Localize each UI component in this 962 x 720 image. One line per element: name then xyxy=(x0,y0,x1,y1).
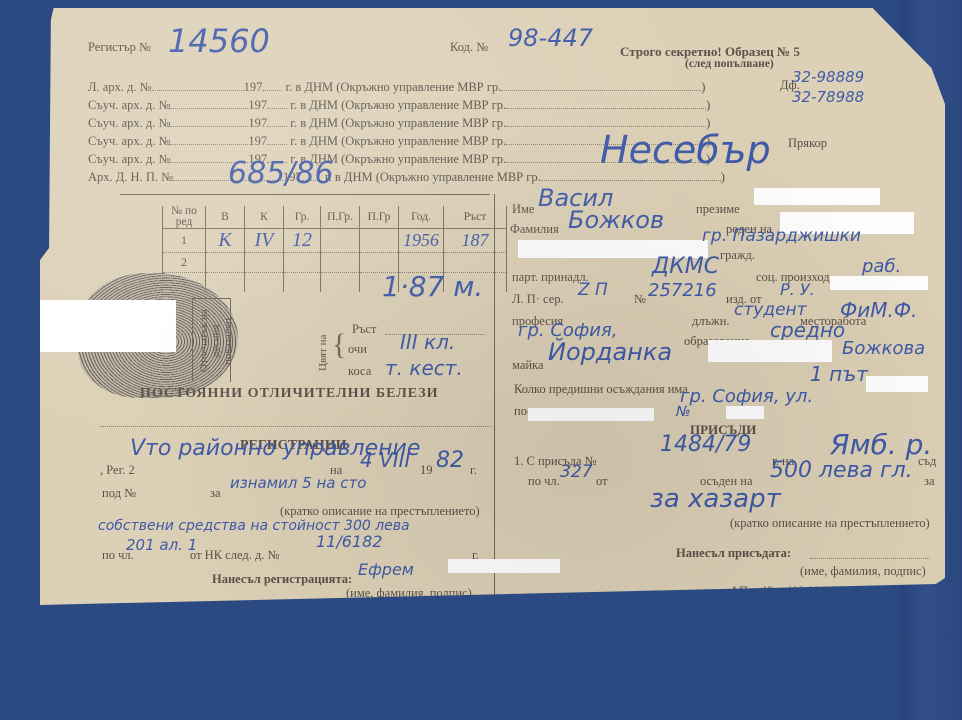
reg-for-value: изнамил 5 на сто xyxy=(230,474,366,492)
df-label: Дф. xyxy=(780,78,800,93)
court-value: Ямб. р. xyxy=(830,428,932,461)
under-label: под № xyxy=(102,486,136,501)
redaction xyxy=(528,408,654,421)
reg-desc-value: собствени средства на стойност 300 лева xyxy=(98,518,410,534)
secret-title: Строго секретно! Образец № 5 xyxy=(620,44,800,60)
city-value: гр. София, xyxy=(518,320,618,341)
city-handwritten: Несебър xyxy=(600,128,771,172)
sentence-sign-label: (име, фамилия, подпис) xyxy=(800,564,926,579)
sentence-number: 1484/79 xyxy=(660,432,751,457)
df-value-1: 32-98889 xyxy=(792,68,864,86)
sentence-label: 1. С присъда № xyxy=(514,454,597,469)
id-no-label: № xyxy=(634,292,646,307)
archive-rows: Л. арх. д. №197 г. в ДНМ (Окръжно управл… xyxy=(88,80,725,188)
article-value: 201 ал. 1 xyxy=(126,536,197,554)
from-label: от xyxy=(596,474,608,489)
fingerprint-box-line xyxy=(192,298,230,299)
footer-right: АП—48—400 000—59/84/16—78 xyxy=(730,584,908,599)
archive-row: Л. арх. д. №197 г. в ДНМ (Окръжно управл… xyxy=(88,80,725,98)
col-header: Ръст xyxy=(444,206,507,229)
workplace-value: ФиМ.Ф. xyxy=(840,298,917,322)
g-label: г. xyxy=(472,548,479,563)
prior-value: 1 път xyxy=(810,362,868,386)
register-label: Регистър № xyxy=(88,40,151,55)
redaction xyxy=(780,212,914,234)
fingerprint-box-line xyxy=(230,298,231,382)
sentence-desc-value: за хазарт xyxy=(650,484,781,514)
reg-label: , Рег. 2 xyxy=(100,463,135,478)
residence-no: № xyxy=(676,404,691,420)
article-label: по чл. xyxy=(102,548,134,563)
id-series: Z П xyxy=(578,280,608,300)
mother-surname: Божкова xyxy=(842,338,925,359)
archive-row: Съуч. арх. д. №197 г. в ДНМ (Окръжно упр… xyxy=(88,98,725,116)
col-header: № по ред xyxy=(163,206,206,229)
eyes-label: очи xyxy=(348,342,367,357)
mother-value: Йорданка xyxy=(548,338,672,366)
hair-value: т. кест. xyxy=(385,356,463,380)
reg-entered-value: Ефрем xyxy=(358,560,414,579)
registrations-title: РЕГИСТРАЦИИ xyxy=(240,438,347,454)
year-suffix: г. xyxy=(470,463,477,478)
issued-label: изд. от xyxy=(726,292,762,307)
citizenship-label: гражд. xyxy=(720,248,755,263)
registration-card: Регистър № 14560 Код. № 98-447 Строго се… xyxy=(40,8,945,608)
origin-label: соц. произход xyxy=(756,270,830,285)
reg-entered-label: Нанесъл регистрацията: xyxy=(212,572,352,587)
redaction xyxy=(830,276,928,290)
archive-row: Арх. Д. Н. П. №197 г. в ДНМ (Окръжно упр… xyxy=(88,170,725,188)
footer-left: 25—47 xyxy=(16,604,54,619)
df-value-2: 32-78988 xyxy=(792,88,864,106)
sentence-desc-label: (кратко описание на престъплението) xyxy=(730,516,930,531)
register-number: 14560 xyxy=(168,22,270,60)
redaction xyxy=(754,188,880,205)
issued-value: Р. У. xyxy=(780,280,815,299)
col-header: П.Гр. xyxy=(321,206,360,229)
signature: ефрейтор xyxy=(402,600,490,620)
hair-label: коса xyxy=(348,364,371,379)
name-value: Васил xyxy=(538,184,613,212)
id-number: 257216 xyxy=(648,280,717,301)
prior-label: Колко предишни осъждания има xyxy=(514,382,688,397)
table-row: 3 xyxy=(163,273,507,293)
art-label: по чл. xyxy=(528,474,560,489)
height-label: Ръст xyxy=(352,322,376,337)
redaction xyxy=(726,406,764,419)
party-value: ДКМС xyxy=(652,254,719,279)
reg-sign-label: (име, фамилия, подпис) xyxy=(346,586,472,601)
fingerprint-image xyxy=(78,273,238,398)
name-label: Име xyxy=(512,202,535,217)
education-label: образование xyxy=(684,334,750,349)
nickname-label: Прякор xyxy=(788,136,827,151)
citizenship-value: гр. Пазарджишки xyxy=(702,226,861,246)
archive-row: Съуч. арх. д. №197 г. в ДНМ (Окръжно упр… xyxy=(88,134,725,152)
sentence-on: г. на xyxy=(772,454,794,469)
sentences-title: ПРИСЪДИ xyxy=(690,422,756,438)
patronymic-label: презиме xyxy=(696,202,740,217)
position-value: студент xyxy=(734,300,807,320)
convicted-label: осъден на xyxy=(700,474,753,489)
archive-handwritten: 685/86 xyxy=(228,156,334,191)
table-row: 1 К IV 12 1956 187 xyxy=(163,229,507,253)
secret-subtitle: (след попълване) xyxy=(685,58,774,70)
code-label: Код. № xyxy=(450,40,488,55)
art-value: 327 xyxy=(560,462,592,482)
col-header: П.Гр xyxy=(360,206,399,229)
education-value: средно xyxy=(770,318,845,342)
table-row: 2 xyxy=(163,253,507,273)
year-prefix: 19 xyxy=(420,463,433,478)
case-value: 11/6182 xyxy=(316,532,382,551)
born-label: роден на xyxy=(726,222,772,237)
code-ref-label: от НК след. д. № xyxy=(190,548,279,563)
redaction xyxy=(708,340,832,362)
residence-label: последно местожителство xyxy=(514,404,653,419)
fingerprint-box-line xyxy=(192,298,193,382)
registration-unit: Vто районно управление xyxy=(130,436,420,461)
redaction xyxy=(40,300,176,352)
profession-label: професия xyxy=(512,314,563,329)
col-header: В xyxy=(206,206,245,229)
marks-title: ПОСТОЯННИ ОТЛИЧИТЕЛНИ БЕЛЕЗИ xyxy=(140,386,439,402)
id-label: Л. П· сер. xyxy=(512,292,564,307)
sentence-entered-label: Нанесъл присъдата: xyxy=(676,546,791,561)
code-number: 98-447 xyxy=(508,24,593,52)
mother-label: майка xyxy=(512,358,544,373)
court-suffix: съд xyxy=(918,454,936,469)
for-suffix: за xyxy=(924,474,935,489)
party-label: парт. принадл. xyxy=(512,270,589,285)
reg-date: 4 VIII xyxy=(360,448,410,472)
col-header: К xyxy=(245,206,284,229)
position-label: длъжн. xyxy=(692,314,730,329)
brace: { xyxy=(332,328,346,362)
surname-label: Фамилия xyxy=(510,222,559,237)
divider xyxy=(120,194,490,195)
col-header: Год. xyxy=(399,206,444,229)
classification-table: № по ред В К Гр. П.Гр. П.Гр Год. Ръст 1 … xyxy=(162,206,507,292)
archive-row: Съуч. арх. д. №197 г. в ДНМ (Окръжно упр… xyxy=(88,152,725,170)
redaction xyxy=(866,376,928,392)
eyes-value: III кл. xyxy=(400,330,455,354)
residence-value: гр. София, ул. xyxy=(680,386,813,407)
surname-value: Божков xyxy=(568,206,664,234)
redaction xyxy=(518,240,708,258)
height-value: 1·87 м. xyxy=(382,270,483,303)
fingerprint-label: Отпечатък на десния показалец xyxy=(198,302,228,380)
col-header: Гр. xyxy=(284,206,321,229)
convicted-value: 500 лева гл. xyxy=(770,458,913,483)
reg-desc-label: (кратко описание на престъплението) xyxy=(280,504,480,519)
column-divider xyxy=(494,194,495,614)
reg-on-label: на xyxy=(330,463,342,478)
redaction xyxy=(448,559,560,573)
color-label: Цвят на xyxy=(317,328,331,378)
archive-row: Съуч. арх. д. №197 г. в ДНМ (Окръжно упр… xyxy=(88,116,725,134)
workplace-label: месторабота xyxy=(800,314,866,329)
origin-value: раб. xyxy=(862,256,901,277)
reg-year: 82 xyxy=(436,448,464,473)
for-label: за xyxy=(210,486,221,501)
